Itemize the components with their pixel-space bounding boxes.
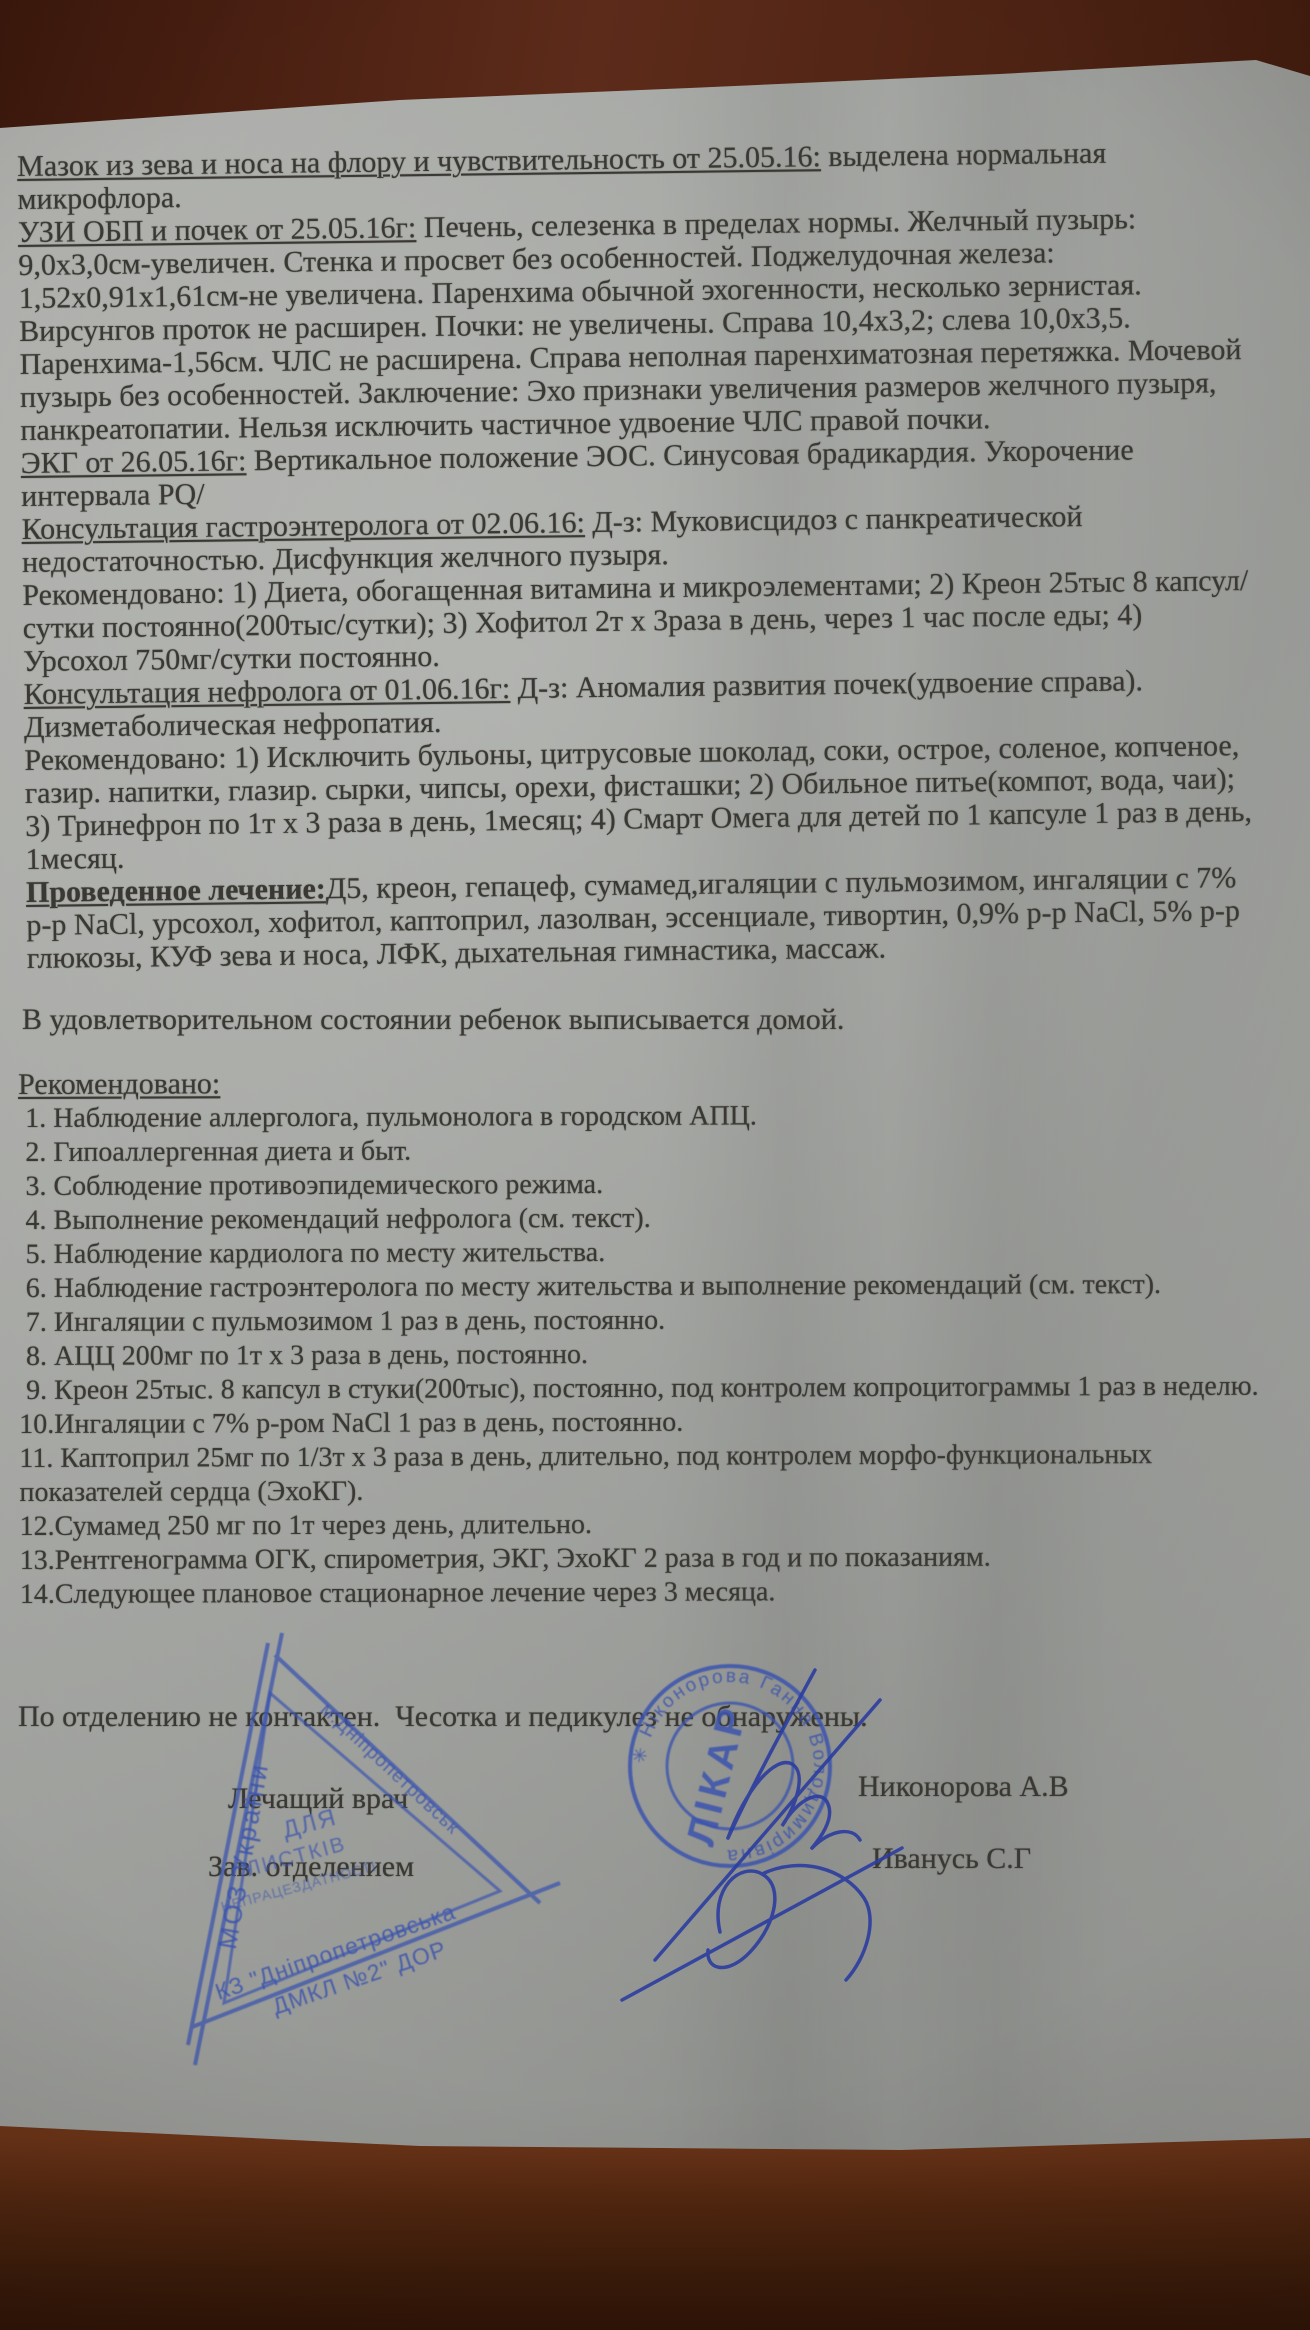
paragraph-text: Рекомендовано: 1) Исключить бульоны, цит… [24,729,1252,876]
recommendation-item: 12.Сумамед 250 мг по 1т через день, длит… [20,1506,1300,1544]
recommendation-item: 6. Наблюдение гастроэнтеролога по месту … [19,1268,1299,1306]
recommendation-item: 13.Рентгенограмма ОГК, спирометрия, ЭКГ,… [20,1540,1300,1578]
signature-stroke [728,1670,815,1838]
paragraph-treatment: Проведенное лечение:Д5, креон, гепацеф, … [26,861,1257,975]
recommendation-item: 2. Гипоаллергенная диета и быт. [18,1132,1298,1170]
clinical-findings-block: Мазок из зева и носа на флору и чувствит… [17,135,1257,975]
recommendation-item: 5. Наблюдение кардиолога по месту житель… [19,1234,1299,1272]
signature-stroke [622,1848,902,2000]
recommendation-item: 8. АЦЦ 200мг по 1т х 3 раза в день, пост… [19,1336,1299,1374]
paragraph-nephro-recommendations: Рекомендовано: 1) Исключить бульоны, цит… [24,729,1256,876]
recommendation-item: 7. Ингаляции с пульмозимом 1 раз в день,… [19,1302,1299,1340]
recommendation-item: 10.Ингаляции с 7% р-ром NaCl 1 раз в ден… [19,1404,1299,1442]
section-heading: Проведенное лечение: [26,872,326,909]
recommendation-item: 9. Креон 25тыс. 8 капсул в стуки(200тыс)… [19,1370,1299,1408]
recommendation-item: 11. Каптоприл 25мг по 1/3т х 3 раза в де… [19,1438,1299,1510]
recommendation-item: 14.Следующее плановое стационарное лечен… [20,1574,1300,1612]
triangle-stamp: МОЗ України м.Дніпропетровськ ДЛЯ ЛИСТКІ… [140,1625,620,2085]
discharge-note: В удовлетворительном состоянии ребенок в… [22,1003,1252,1036]
recommendation-item: 1. Наблюдение аллерголога, пульмонолога … [18,1098,1298,1136]
signature-stroke [762,1866,870,1980]
signature-stroke [812,1832,860,1848]
recommendations-title: Рекомендовано: [18,1064,1298,1102]
table-surface-bottom [0,2120,1310,2330]
recommendation-item: 4. Выполнение рекомендаций нефролога (см… [18,1200,1298,1238]
recommendations-block: Рекомендовано: 1. Наблюдение аллерголога… [18,1064,1300,1612]
paragraph-gastro-recommendations: Рекомендовано: 1) Диета, обогащенная вит… [22,564,1253,678]
triangle-stamp-right-text: м.Дніпропетровськ [316,1699,463,1838]
signature-ink [560,1630,1010,2020]
paragraph-text: Рекомендовано: 1) Диета, обогащенная вит… [22,564,1248,678]
paragraph-ultrasound: УЗИ ОБП и почек от 25.05.16г: Печень, се… [18,201,1251,447]
photo-of-document: Мазок из зева и носа на флору и чувствит… [0,0,1310,2330]
recommendation-item: 3. Соблюдение противоэпидемического режи… [18,1166,1298,1204]
section-heading: УЗИ ОБП и почек от 25.05.16г: [18,211,417,249]
section-heading: ЭКГ от 26.05.16г: [21,444,247,480]
